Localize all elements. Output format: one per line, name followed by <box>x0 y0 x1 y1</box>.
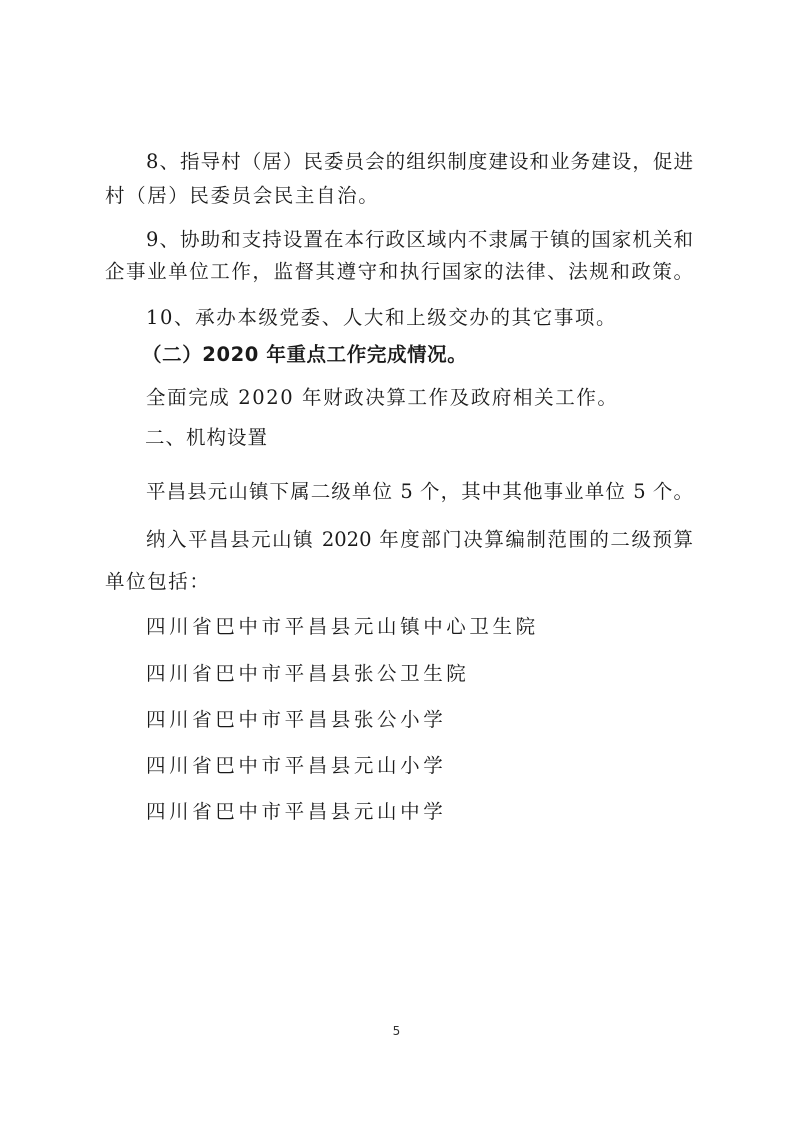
item8-line1: 8、指导村（居）民委员会的组织制度建设和业务建设，促进 <box>146 149 693 175</box>
item9-line1: 9、协助和支持设置在本行政区域内不隶属于镇的国家机关和 <box>146 227 693 253</box>
section-org-heading: 二、机构设置 <box>145 425 735 451</box>
section-2020-heading: （二）2020 年重点工作完成情况。 <box>142 342 732 368</box>
unit-list-item: 四川省巴中市平昌县元山小学 <box>146 753 736 779</box>
org-scope-line1: 纳入平昌县元山镇 2020 年度部门决算编制范围的二级预算 <box>146 527 693 553</box>
section-2020-body: 全面完成 2020 年财政决算工作及政府相关工作。 <box>146 385 736 411</box>
item9-line2: 企事业单位工作，监督其遵守和执行国家的法律、法规和政策。 <box>105 259 693 285</box>
unit-list-item: 四川省巴中市平昌县元山中学 <box>146 799 736 825</box>
unit-list-item: 四川省巴中市平昌县元山镇中心卫生院 <box>146 614 736 640</box>
org-scope-line2: 单位包括： <box>105 569 695 595</box>
item8-line2: 村（居）民委员会民主自治。 <box>105 183 695 209</box>
page-number: 5 <box>0 1024 793 1038</box>
unit-list-item: 四川省巴中市平昌县张公卫生院 <box>146 661 736 687</box>
org-summary: 平昌县元山镇下属二级单位 5 个，其中其他事业单位 5 个。 <box>146 479 693 505</box>
unit-list-item: 四川省巴中市平昌县张公小学 <box>146 707 736 733</box>
item10: 10、承办本级党委、人大和上级交办的其它事项。 <box>146 305 736 331</box>
